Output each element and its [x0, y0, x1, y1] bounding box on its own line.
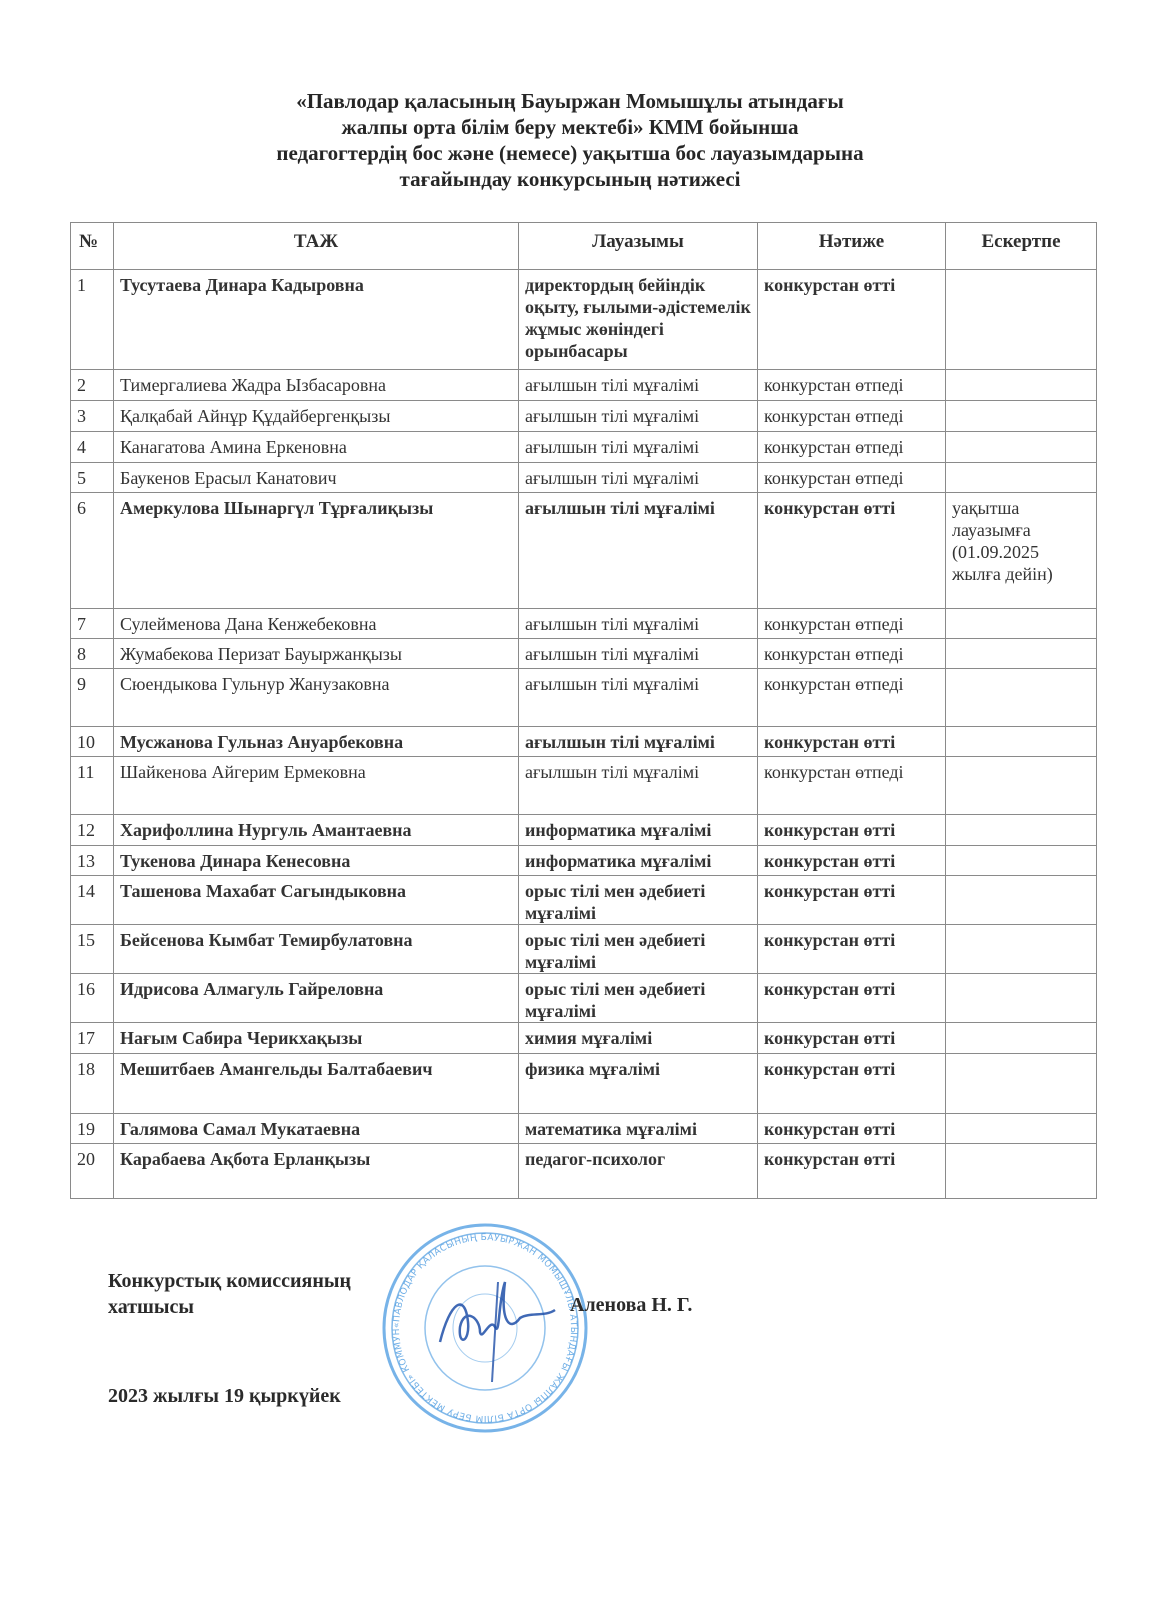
- row-note: [946, 401, 1097, 432]
- row-number: 1: [71, 270, 114, 370]
- row-result: конкурстан өтті: [758, 493, 946, 609]
- row-name: Бейсенова Кымбат Темирбулатовна: [114, 925, 519, 974]
- row-position: педагог-психолог: [519, 1144, 758, 1199]
- table-row: 14Ташенова Махабат Сагындыковнаорыс тілі…: [71, 876, 1097, 925]
- row-result: конкурстан өтті: [758, 846, 946, 876]
- row-position: химия мұғалімі: [519, 1023, 758, 1054]
- row-name: Шайкенова Айгерим Ермековна: [114, 757, 519, 815]
- row-name: Канагатова Амина Еркеновна: [114, 432, 519, 463]
- row-position: ағылшын тілі мұғалімі: [519, 609, 758, 639]
- title-line-2: жалпы орта білім беру мектебі» КММ бойын…: [180, 114, 960, 140]
- row-position: ағылшын тілі мұғалімі: [519, 757, 758, 815]
- row-number: 9: [71, 669, 114, 727]
- row-position: орыс тілі мен әдебиеті мұғалімі: [519, 925, 758, 974]
- signer-name: Аленова Н. Г.: [570, 1294, 692, 1317]
- row-position: ағылшын тілі мұғалімі: [519, 669, 758, 727]
- row-name: Карабаева Ақбота Ерланқызы: [114, 1144, 519, 1199]
- row-position: информатика мұғалімі: [519, 815, 758, 846]
- row-note: [946, 815, 1097, 846]
- row-position: ағылшын тілі мұғалімі: [519, 401, 758, 432]
- row-number: 3: [71, 401, 114, 432]
- title-line-3: педагогтердің бос және (немесе) уақытша …: [180, 140, 960, 166]
- row-result: конкурстан өтпеді: [758, 669, 946, 727]
- row-result: конкурстан өтпеді: [758, 609, 946, 639]
- signature-role-line-2: хатшысы: [108, 1294, 351, 1320]
- row-note: [946, 432, 1097, 463]
- row-number: 11: [71, 757, 114, 815]
- official-stamp-icon: «ПАВЛОДАР ҚАЛАСЫНЫҢ БАУЫРЖАН МОМЫШҰЛЫ АТ…: [380, 1222, 590, 1434]
- row-note: [946, 727, 1097, 757]
- row-note: [946, 846, 1097, 876]
- row-number: 18: [71, 1054, 114, 1114]
- table-row: 1Тусутаева Динара Кадыровнадиректордың б…: [71, 270, 1097, 370]
- row-position: ағылшын тілі мұғалімі: [519, 463, 758, 493]
- signature-role: Конкурстық комиссияның хатшысы: [108, 1268, 351, 1320]
- table-row: 13Тукенова Динара Кенесовнаинформатика м…: [71, 846, 1097, 876]
- table-row: 18Мешитбаев Амангельды Балтабаевичфизика…: [71, 1054, 1097, 1114]
- row-number: 5: [71, 463, 114, 493]
- header-result: Нәтиже: [758, 223, 946, 270]
- row-note: [946, 669, 1097, 727]
- row-name: Нағым Сабира Черикхақызы: [114, 1023, 519, 1054]
- signature-role-line-1: Конкурстық комиссияның: [108, 1268, 351, 1294]
- title-line-1: «Павлодар қаласының Бауыржан Момышұлы ат…: [180, 88, 960, 114]
- row-result: конкурстан өтті: [758, 727, 946, 757]
- row-number: 19: [71, 1114, 114, 1144]
- row-position: директордың бейіндік оқыту, ғылыми-әдіст…: [519, 270, 758, 370]
- row-number: 17: [71, 1023, 114, 1054]
- row-note: [946, 1023, 1097, 1054]
- row-result: конкурстан өтті: [758, 815, 946, 846]
- row-note: [946, 463, 1097, 493]
- row-name: Галямова Самал Мукатаевна: [114, 1114, 519, 1144]
- row-name: Қалқабай Айнұр Құдайбергенқызы: [114, 401, 519, 432]
- row-note: [946, 1144, 1097, 1199]
- row-result: конкурстан өтпеді: [758, 757, 946, 815]
- table-row: 7Сулейменова Дана Кенжебековнаағылшын ті…: [71, 609, 1097, 639]
- table-row: 17Нағым Сабира Черикхақызыхимия мұғалімі…: [71, 1023, 1097, 1054]
- header-note: Ескертпе: [946, 223, 1097, 270]
- row-position: ағылшын тілі мұғалімі: [519, 639, 758, 669]
- row-number: 7: [71, 609, 114, 639]
- row-result: конкурстан өтті: [758, 1144, 946, 1199]
- row-result: конкурстан өтпеді: [758, 432, 946, 463]
- row-result: конкурстан өтті: [758, 925, 946, 974]
- row-number: 8: [71, 639, 114, 669]
- table-row: 9Сюендыкова Гульнур Жанузаковнаағылшын т…: [71, 669, 1097, 727]
- row-note: уақытша лауазымға (01.09.2025 жылға дейі…: [946, 493, 1097, 609]
- row-number: 16: [71, 974, 114, 1023]
- row-note: [946, 639, 1097, 669]
- row-result: конкурстан өтпеді: [758, 639, 946, 669]
- table-row: 19Галямова Самал Мукатаевнаматематика мұ…: [71, 1114, 1097, 1144]
- row-position: математика мұғалімі: [519, 1114, 758, 1144]
- row-name: Сулейменова Дана Кенжебековна: [114, 609, 519, 639]
- row-position: орыс тілі мен әдебиеті мұғалімі: [519, 876, 758, 925]
- row-note: [946, 270, 1097, 370]
- row-position: ағылшын тілі мұғалімі: [519, 432, 758, 463]
- header-position: Лауазымы: [519, 223, 758, 270]
- row-result: конкурстан өтті: [758, 1054, 946, 1114]
- row-note: [946, 370, 1097, 401]
- row-name: Идрисова Алмагуль Гайреловна: [114, 974, 519, 1023]
- table-row: 3Қалқабай Айнұр Құдайбергенқызыағылшын т…: [71, 401, 1097, 432]
- row-note: [946, 974, 1097, 1023]
- row-name: Баукенов Ерасыл Канатович: [114, 463, 519, 493]
- document-date: 2023 жылғы 19 қыркүйек: [108, 1385, 341, 1408]
- row-name: Сюендыкова Гульнур Жанузаковна: [114, 669, 519, 727]
- row-number: 13: [71, 846, 114, 876]
- header-number: №: [71, 223, 114, 270]
- row-note: [946, 925, 1097, 974]
- row-position: ағылшын тілі мұғалімі: [519, 370, 758, 401]
- table-row: 16Идрисова Алмагуль Гайреловнаорыс тілі …: [71, 974, 1097, 1023]
- row-number: 12: [71, 815, 114, 846]
- table-row: 10Мусжанова Гульназ Ануарбековнаағылшын …: [71, 727, 1097, 757]
- row-name: Ташенова Махабат Сагындыковна: [114, 876, 519, 925]
- header-name: ТАЖ: [114, 223, 519, 270]
- row-result: конкурстан өтті: [758, 270, 946, 370]
- row-position: орыс тілі мен әдебиеті мұғалімі: [519, 974, 758, 1023]
- row-number: 20: [71, 1144, 114, 1199]
- row-result: конкурстан өтті: [758, 1023, 946, 1054]
- row-result: конкурстан өтпеді: [758, 463, 946, 493]
- row-number: 2: [71, 370, 114, 401]
- table-row: 2Тимергалиева Жадра Ызбасаровнаағылшын т…: [71, 370, 1097, 401]
- row-name: Мусжанова Гульназ Ануарбековна: [114, 727, 519, 757]
- row-position: ағылшын тілі мұғалімі: [519, 727, 758, 757]
- row-number: 4: [71, 432, 114, 463]
- row-name: Амеркулова Шынаргүл Тұрғалиқызы: [114, 493, 519, 609]
- row-number: 15: [71, 925, 114, 974]
- row-name: Харифоллина Нургуль Амантаевна: [114, 815, 519, 846]
- row-result: конкурстан өтті: [758, 876, 946, 925]
- table-row: 12Харифоллина Нургуль Амантаевнаинформат…: [71, 815, 1097, 846]
- row-result: конкурстан өтті: [758, 1114, 946, 1144]
- row-number: 14: [71, 876, 114, 925]
- row-note: [946, 1054, 1097, 1114]
- row-name: Мешитбаев Амангельды Балтабаевич: [114, 1054, 519, 1114]
- table-header-row: № ТАЖ Лауазымы Нәтиже Ескертпе: [71, 223, 1097, 270]
- row-note: [946, 609, 1097, 639]
- row-note: [946, 1114, 1097, 1144]
- row-name: Тимергалиева Жадра Ызбасаровна: [114, 370, 519, 401]
- row-name: Жумабекова Перизат Бауыржанқызы: [114, 639, 519, 669]
- row-number: 6: [71, 493, 114, 609]
- row-note: [946, 876, 1097, 925]
- row-result: конкурстан өтті: [758, 974, 946, 1023]
- table-row: 8Жумабекова Перизат Бауыржанқызыағылшын …: [71, 639, 1097, 669]
- row-position: ағылшын тілі мұғалімі: [519, 493, 758, 609]
- row-note: [946, 757, 1097, 815]
- table-row: 15Бейсенова Кымбат Темирбулатовнаорыс ті…: [71, 925, 1097, 974]
- document-title: «Павлодар қаласының Бауыржан Момышұлы ат…: [180, 88, 960, 192]
- row-name: Тукенова Динара Кенесовна: [114, 846, 519, 876]
- results-table: № ТАЖ Лауазымы Нәтиже Ескертпе 1Тусутаев…: [70, 222, 1097, 1199]
- row-position: информатика мұғалімі: [519, 846, 758, 876]
- title-line-4: тағайындау конкурсының нәтижесі: [180, 166, 960, 192]
- row-name: Тусутаева Динара Кадыровна: [114, 270, 519, 370]
- table-row: 6Амеркулова Шынаргүл Тұрғалиқызыағылшын …: [71, 493, 1097, 609]
- table-row: 11Шайкенова Айгерим Ермековнаағылшын тіл…: [71, 757, 1097, 815]
- row-position: физика мұғалімі: [519, 1054, 758, 1114]
- table-row: 4Канагатова Амина Еркеновнаағылшын тілі …: [71, 432, 1097, 463]
- table-row: 5Баукенов Ерасыл Канатовичағылшын тілі м…: [71, 463, 1097, 493]
- row-result: конкурстан өтпеді: [758, 370, 946, 401]
- table-row: 20Карабаева Ақбота Ерланқызыпедагог-псих…: [71, 1144, 1097, 1199]
- row-number: 10: [71, 727, 114, 757]
- row-result: конкурстан өтпеді: [758, 401, 946, 432]
